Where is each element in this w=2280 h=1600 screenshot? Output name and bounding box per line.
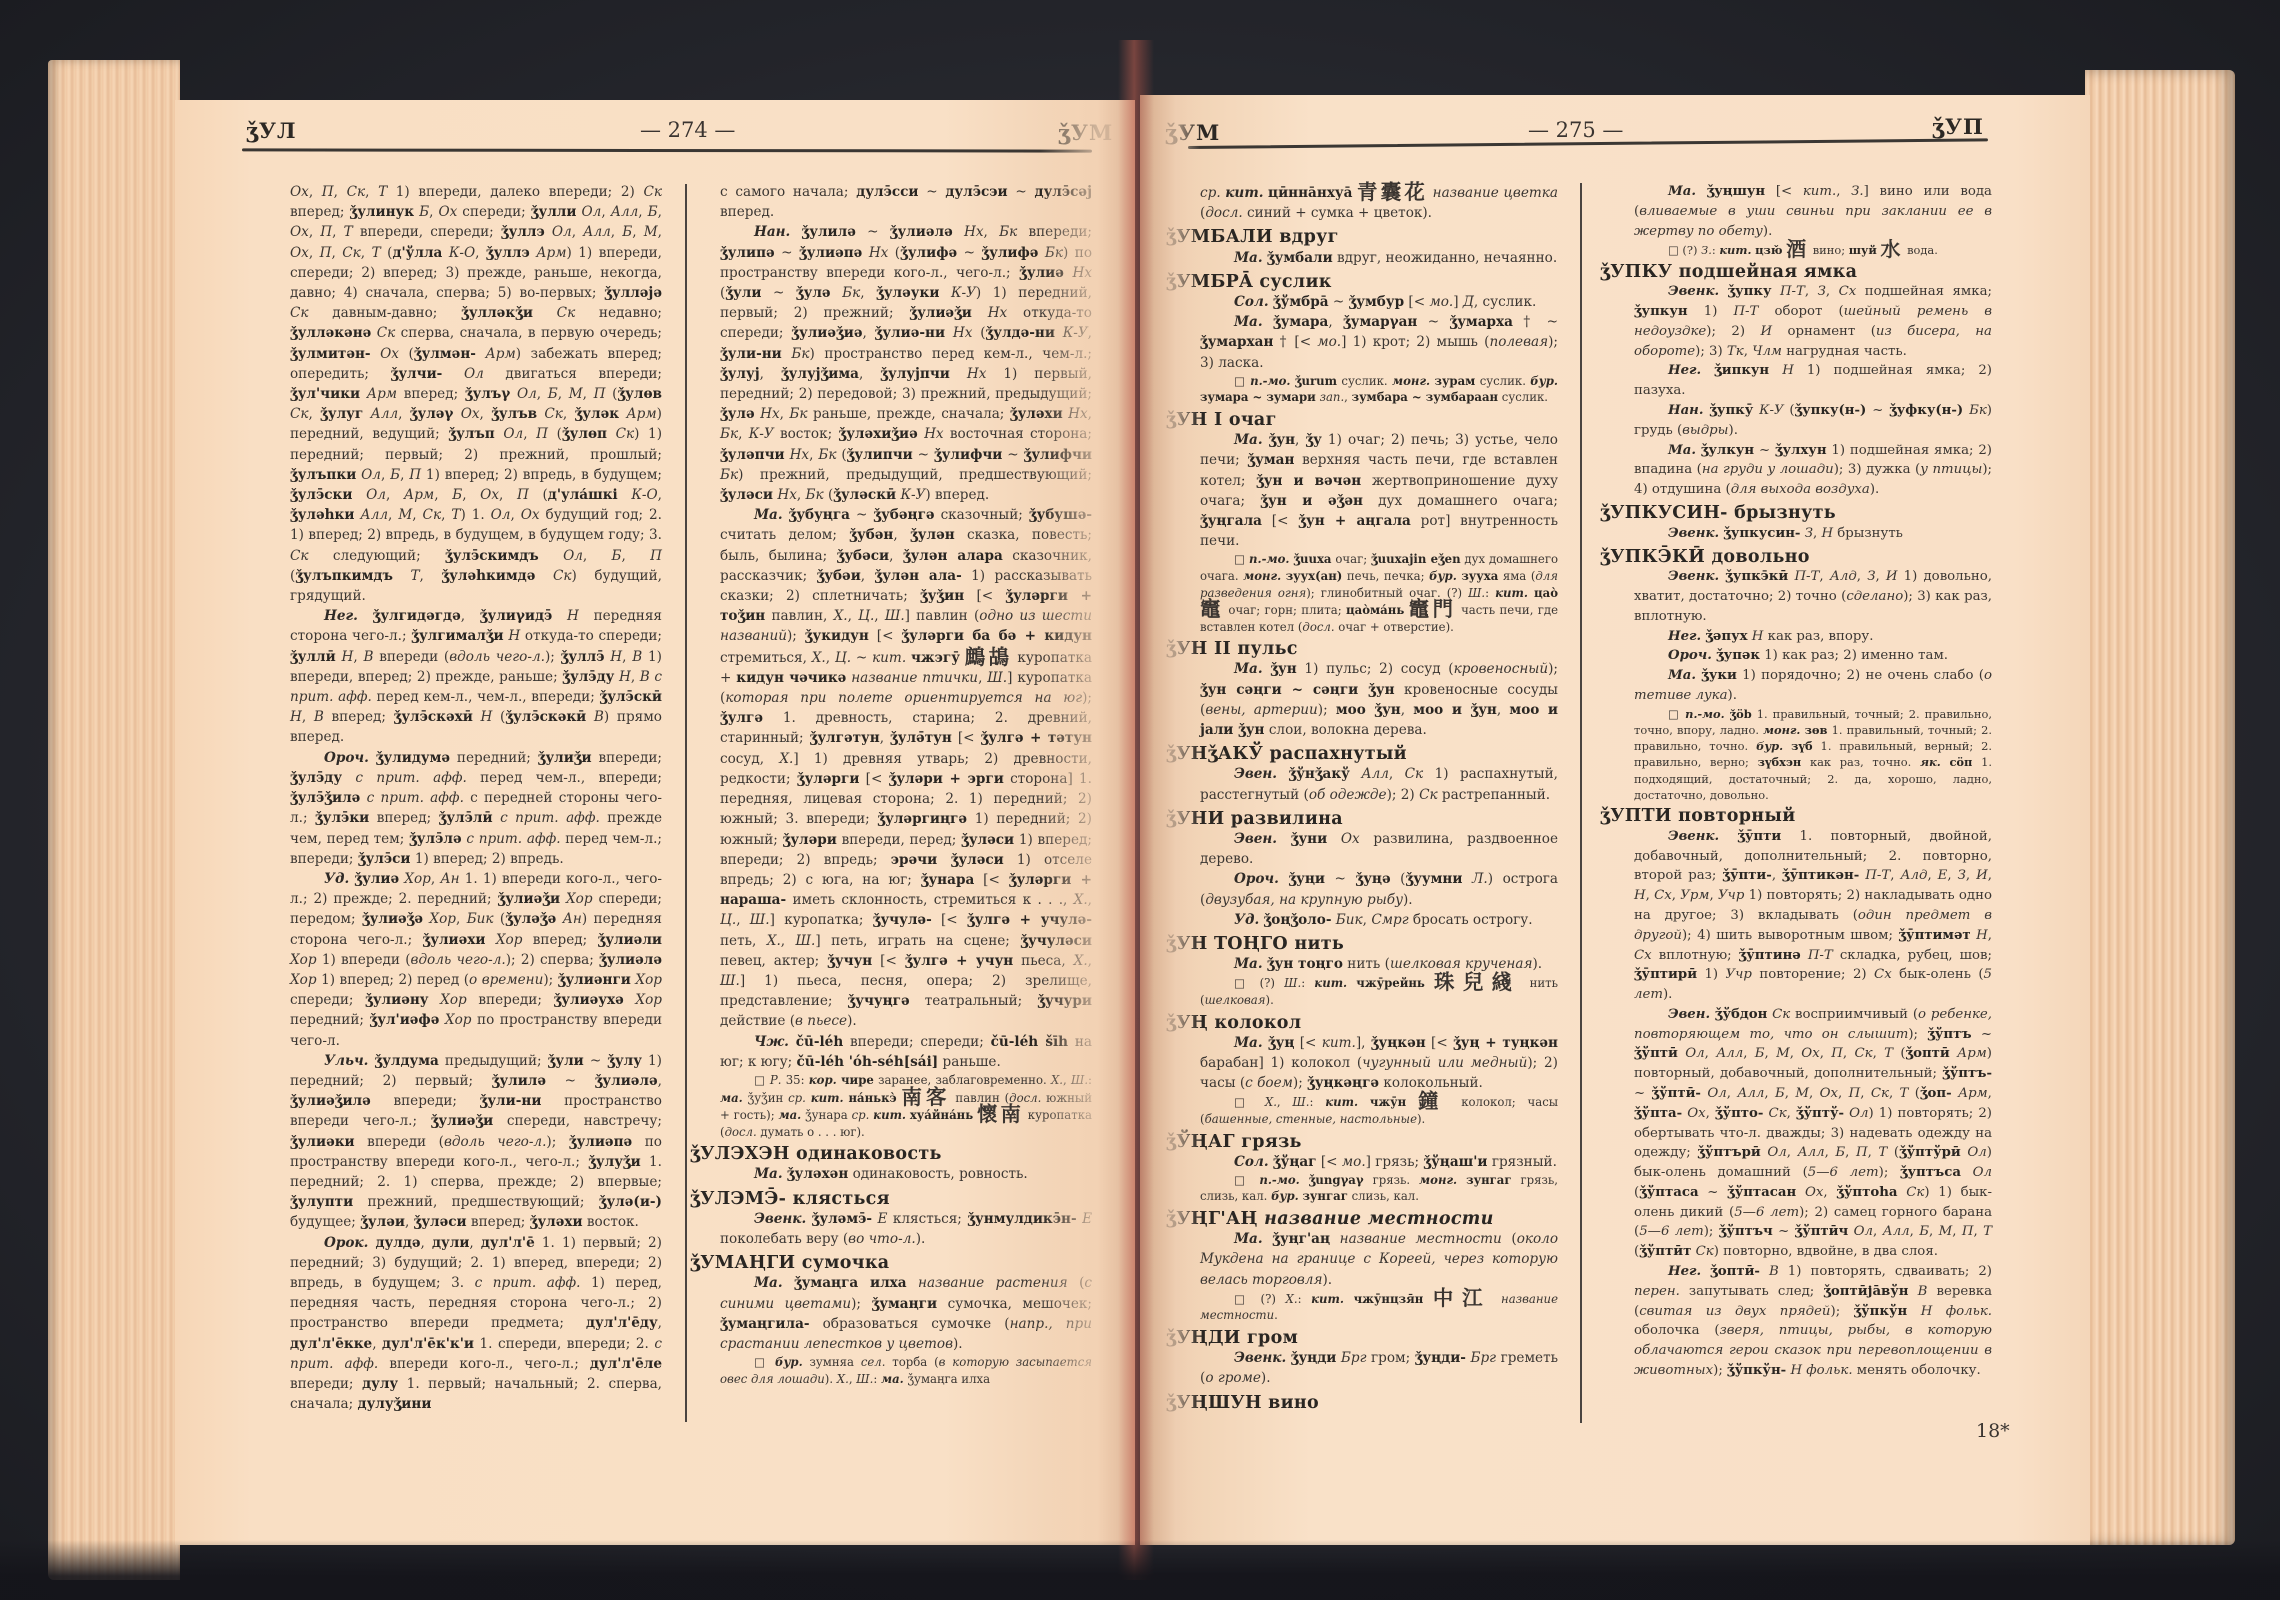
right-running-head-last: ǯУП xyxy=(1932,114,1984,139)
etymology-note: □ п.-мо. ǯuuxa очаг; ǯuuxajin eǯen дух д… xyxy=(1200,551,1558,635)
right-page-column-1: ср. кит. цӣннāнхуā 青囊花 название цветка (… xyxy=(1200,182,1558,1413)
page-edges-left xyxy=(48,60,180,1580)
etymology-note: □ п.-мо. ǯungγaγ грязь. монг. зунгаг гря… xyxy=(1200,1172,1558,1205)
dictionary-entry: Сол. ǯўңаг [< мо.] грязь; ǯўңаш'и грязны… xyxy=(1200,1152,1558,1172)
dictionary-headword: ǯУН ТОҢГО нить xyxy=(1166,934,1558,954)
dictionary-headword: ǯУПКЭ̄КӢ довольно xyxy=(1600,548,1992,568)
column-separator-left xyxy=(685,184,687,1422)
dictionary-entry: Ма. ǯулкун ~ ǯулхун 1) подшейная ямка; 2… xyxy=(1634,441,1992,500)
etymology-note: □ Р. 35: кор. чире заранее, заблаговреме… xyxy=(720,1072,1092,1140)
dictionary-entry: Нег. ǯәпух Н как раз, впору. xyxy=(1634,627,1992,647)
dictionary-entry: Эвенк. ǯупку П-Т, З, Сх подшейная ямка; … xyxy=(1634,282,1992,361)
dictionary-entry: Ма. ǯуңг'аң название местности (около Му… xyxy=(1200,1229,1558,1290)
dictionary-headword: ǯУҢДИ гром xyxy=(1166,1328,1558,1348)
dictionary-entry: Ма. ǯуләхән одинаковость, ровность. xyxy=(720,1164,1092,1184)
dictionary-headword: ǯУЛЭМЭ̄- клясться xyxy=(690,1189,1092,1209)
etymology-note: □ (?) Х.: кит. чжӯнцзя̄н 中江 название мес… xyxy=(1200,1290,1558,1324)
dictionary-headword: ǯУНǯАКЎ распахнутый xyxy=(1166,744,1558,764)
etymology-note: □ п.-мо. ǯöb 1. правильный, точный; 2. п… xyxy=(1634,706,1992,803)
etymology-note: □ Х., Ш.: кит. чжӯн 鐘 колокол; часы (баш… xyxy=(1200,1093,1558,1127)
dictionary-headword: ǯЎҢАГ грязь xyxy=(1166,1132,1558,1152)
right-page-column-2: Ма. ǯуңшун [< кит., З.] вино или вода (в… xyxy=(1634,182,1992,1381)
etymology-note: □ п.-мо. ǯurum суслик. монг. зурам сусли… xyxy=(1200,373,1558,406)
dictionary-entry: Эвенк. ǯуңди Брг гром; ǯуңди- Брг гремет… xyxy=(1200,1348,1558,1388)
dictionary-entry: ср. кит. цӣннāнхуā 青囊花 название цветка (… xyxy=(1200,182,1558,223)
signature-mark: 18* xyxy=(1976,1420,2010,1442)
dictionary-entry: Ма. ǯуң [< кит.], ǯуңкән [< ǯуң + туңкән… xyxy=(1200,1033,1558,1094)
dictionary-entry: Орок. дулдә, дули, дул'л'ē 1. 1) первый;… xyxy=(290,1233,662,1415)
dictionary-entry: Ма. ǯумаңга илха название растения (с си… xyxy=(720,1273,1092,1354)
dictionary-entry: Ма. ǯун, ǯу 1) очаг; 2) печь; 3) устье, … xyxy=(1200,430,1558,551)
dictionary-entry: Чж. čū-léh впереди; спереди; čū-léh šīh … xyxy=(720,1032,1092,1072)
dictionary-entry: Эвенк. ǯӯпти 1. повторный, двойной, доба… xyxy=(1634,827,1992,1005)
left-page-column-1: Ох, П, Ск, Т 1) впереди, далеко впереди;… xyxy=(290,182,662,1414)
dictionary-entry: Эвенк. ǯуләмэ̄- Е клясться; ǯунмулдикэ̄н… xyxy=(720,1209,1092,1249)
left-page-number: — 274 — xyxy=(640,118,735,142)
page-edges-right xyxy=(2085,70,2235,1545)
dictionary-entry: Нан. ǯулилә ~ ǯулиәлә Нх, Бк впереди; ǯу… xyxy=(720,222,1092,505)
dictionary-headword: ǯУМАҢГИ сумочка xyxy=(690,1253,1092,1273)
dictionary-entry: Ульч. ǯулдума предыдущий; ǯули ~ ǯулу 1)… xyxy=(290,1051,662,1233)
dictionary-entry: Уд. ǯулиә Хор, Ан 1. 1) впереди кого-л.,… xyxy=(290,869,662,1051)
dictionary-entry: Ороч. ǯупәк 1) как раз; 2) именно там. xyxy=(1634,646,1992,666)
dictionary-entry: Уд. ǯоңǯоло- Бик, Смрг бросать острогу. xyxy=(1200,910,1558,930)
dictionary-entry: Нан. ǯупкӯ К-У (ǯупку(н-) ~ ǯуфку(н-) Бк… xyxy=(1634,401,1992,441)
right-page-number: — 275 — xyxy=(1528,118,1623,142)
etymology-note: □ (?) З.: кит. цзю̌ 酒 вино; шуй 水 вода. xyxy=(1634,241,1992,258)
book-spine xyxy=(1118,40,1154,1580)
dictionary-headword: ǯУҢШУН вино xyxy=(1166,1393,1558,1413)
etymology-note: □ бур. зумняа сел. торба (в которую засы… xyxy=(720,1354,1092,1387)
dictionary-headword: ǯУҢГ'АҢ название местности xyxy=(1166,1209,1558,1229)
dictionary-headword: ǯУҢ колокол xyxy=(1166,1013,1558,1033)
dictionary-entry: Сол. ǯўмбрā ~ ǯумбур [< мо.] Д, суслик. xyxy=(1200,292,1558,312)
dictionary-headword: ǯУПКУ подшейная ямка xyxy=(1600,263,1992,283)
dictionary-entry: Эвенк. ǯупкусин- З, Н брызнуть xyxy=(1634,524,1992,544)
dictionary-entry: Нег. ǯоптӣ- В 1) повторять, сдваивать; 2… xyxy=(1634,1262,1992,1381)
dictionary-entry: Ороч. ǯулидумә передний; ǯулиǯи впереди;… xyxy=(290,748,662,869)
dictionary-headword: ǯУМБРĀ суслик xyxy=(1166,272,1558,292)
open-book: ǯУЛ — 274 — ǯУМ ǯУМ — 275 — ǯУП Ох, П, С… xyxy=(0,0,2280,1600)
dictionary-headword: ǯУПКУСИН- брызнуть xyxy=(1600,504,1992,524)
dictionary-headword: ǯУПТИ повторный xyxy=(1600,807,1992,827)
dictionary-entry: с самого начала; дулэ̄сси ~ дулэ̄сэи ~ д… xyxy=(720,182,1092,222)
dictionary-entry: Эвен. ǯуни Ох развилина, раздвоенное дер… xyxy=(1200,829,1558,869)
dictionary-headword: ǯУН I очаг xyxy=(1166,410,1558,430)
dictionary-entry: Эвен. ǯўбдон Ск восприимчивый (о ребенке… xyxy=(1634,1005,1992,1262)
dictionary-entry: Ма. ǯуки 1) порядочно; 2) не очень слабо… xyxy=(1634,666,1992,706)
etymology-note: □ (?) Ш.: кит. чжӯрейнь 珠兒綫 нить (шелков… xyxy=(1200,974,1558,1008)
left-page-column-2: с самого начала; дулэ̄сси ~ дулэ̄сэи ~ д… xyxy=(720,182,1092,1387)
dictionary-entry: Ох, П, Ск, Т 1) впереди, далеко впереди;… xyxy=(290,182,662,606)
dictionary-entry: Эвенк. ǯупкэ̄кӣ П-Т, Алд, З, И 1) доволь… xyxy=(1634,567,1992,626)
dictionary-entry: Ма. ǯумбали вдруг, неожиданно, нечаянно. xyxy=(1200,248,1558,268)
dictionary-entry: Ма. ǯун 1) пульс; 2) сосуд (кровеносный)… xyxy=(1200,659,1558,740)
dictionary-headword: ǯУМБАЛИ вдруг xyxy=(1166,227,1558,247)
dictionary-entry: Нег. ǯипкун Н 1) подшейная ямка; 2) пазу… xyxy=(1634,361,1992,401)
dictionary-headword: ǯУН II пульс xyxy=(1166,639,1558,659)
dictionary-headword: ǯУНИ развилина xyxy=(1166,809,1558,829)
dictionary-entry: Ма. ǯумара, ǯумарγан ~ ǯумарха † ~ ǯумар… xyxy=(1200,312,1558,373)
dictionary-entry: Нег. ǯулгидәгдә, ǯулиγидэ̄ Н передняя ст… xyxy=(290,606,662,747)
bottom-shadow xyxy=(0,1540,2280,1600)
left-running-head-first: ǯУЛ xyxy=(246,118,297,143)
dictionary-entry: Ма. ǯубуңга ~ ǯубәңгә сказочный; ǯубушә-… xyxy=(720,505,1092,1031)
column-separator-right xyxy=(1580,183,1582,1423)
dictionary-headword: ǯУЛЭХЭН одинаковость xyxy=(690,1144,1092,1164)
dictionary-entry: Эвен. ǯўнǯакў Алл, Ск 1) распахнутый, ра… xyxy=(1200,764,1558,804)
dictionary-entry: Ма. ǯуңшун [< кит., З.] вино или вода (в… xyxy=(1634,182,1992,241)
dictionary-entry: Ороч. ǯуңи ~ ǯуңә (ǯуумни Л.) острога (д… xyxy=(1200,869,1558,909)
